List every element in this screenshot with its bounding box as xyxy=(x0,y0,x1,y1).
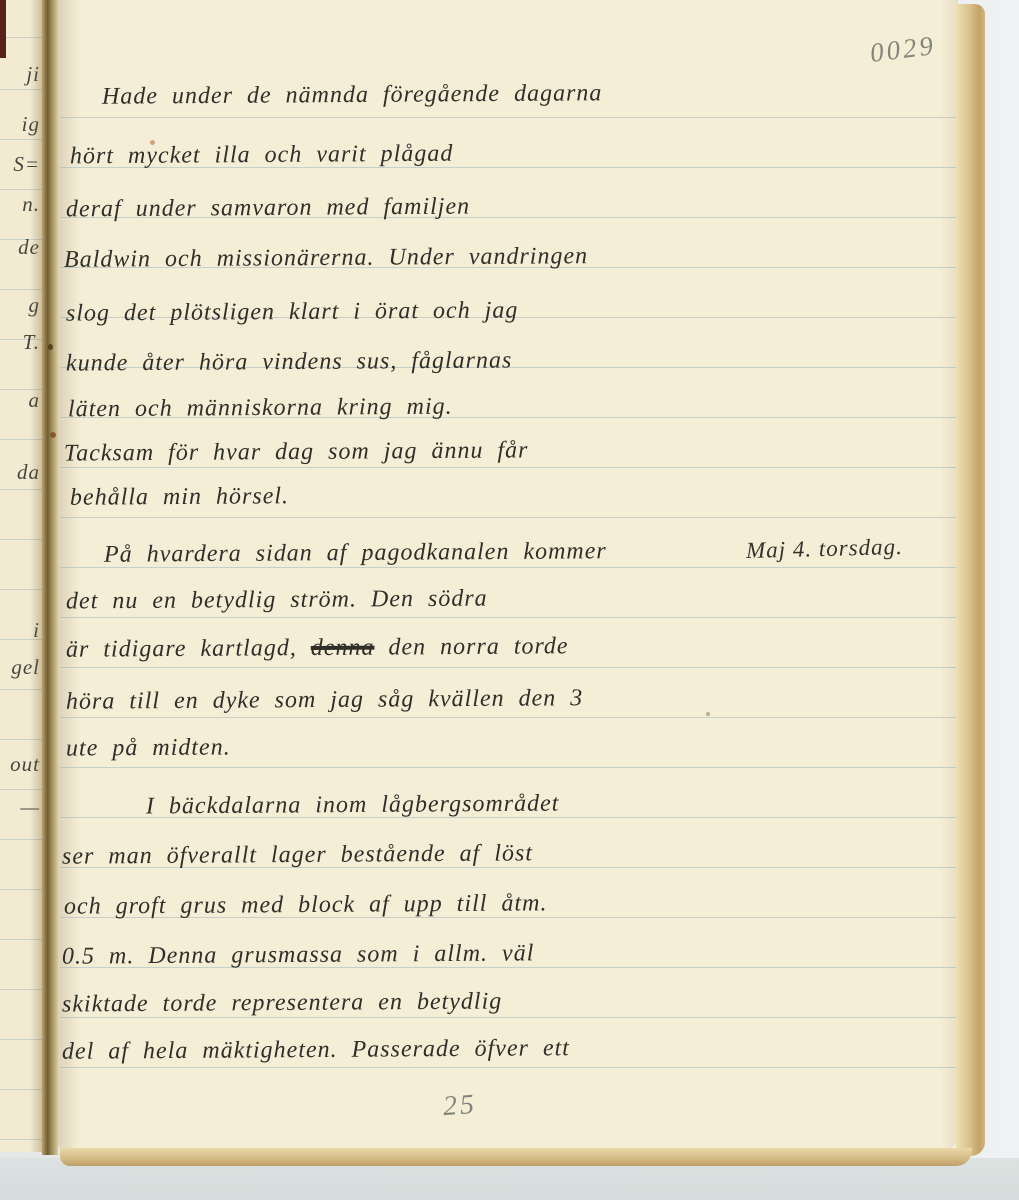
handwriting-line: och groft grus med block af upp till åtm… xyxy=(64,887,548,922)
handwriting-line: är tidigare kartlagd, denna den norra to… xyxy=(66,630,569,666)
struck-out-word: denna xyxy=(311,635,375,661)
notebook-cover-sliver xyxy=(0,0,6,58)
margin-date-note: Maj 4. torsdag. xyxy=(746,534,903,564)
handwriting-line: det nu en betydlig ström. Den södra xyxy=(66,583,488,618)
handwriting-line: Baldwin och missionärerna. Under vandrin… xyxy=(64,240,588,276)
page-number: 25 xyxy=(442,1089,478,1123)
handwriting-line: del af hela mäktigheten. Passerade öfver… xyxy=(62,1032,570,1068)
handwriting-line: slog det plötsligen klart i örat och jag xyxy=(66,294,519,329)
paper-stain xyxy=(48,344,53,350)
handwriting-line: Hade under de nämnda föregående dagarna xyxy=(102,77,603,112)
handwriting-line: läten och människorna kring mig. xyxy=(68,391,453,426)
notebook-gutter xyxy=(42,0,58,1155)
handwriting-line: skiktade torde representera en betydlig xyxy=(62,985,502,1020)
handwriting-segment: den norra torde xyxy=(388,633,568,660)
previous-page-strip: ji ig S= n. de g T. a da i gel out — xyxy=(0,0,42,1152)
handwriting-line: behålla min hörsel. xyxy=(70,480,289,514)
handwriting-line: På hvardera sidan af pagodkanalen kommer xyxy=(104,535,607,571)
handwriting-line: ute på midten. xyxy=(66,731,231,764)
page-edge-stack-right xyxy=(956,4,985,1156)
handwriting-line: 0.5 m. Denna grusmassa som i allm. väl xyxy=(62,937,535,972)
handwriting-line: Tacksam för hvar dag som jag ännu får xyxy=(64,434,529,469)
handwriting-line: deraf under samvaron med familjen xyxy=(66,191,470,226)
handwriting-line: I bäckdalarna inom lågbergsområdet xyxy=(146,788,560,823)
paper-stain xyxy=(150,140,155,145)
handwriting-line: ser man öfverallt lager bestående af lös… xyxy=(62,837,533,872)
page-edge-stack-bottom xyxy=(60,1148,972,1166)
paper-stain xyxy=(706,712,710,716)
handwriting-line: kunde åter höra vindens sus, fåglarnas xyxy=(66,344,513,379)
handwriting-line: höra till en dyke som jag såg kvällen de… xyxy=(66,682,583,718)
handwriting-segment: är tidigare kartlagd, xyxy=(66,635,297,663)
handwriting-line: hört mycket illa och varit plågad xyxy=(70,138,453,173)
diary-page: Hade under de nämnda föregående dagarna … xyxy=(58,0,958,1150)
scan-number: 0029 xyxy=(868,30,937,69)
paper-stain xyxy=(50,432,56,438)
page-curve-shadow xyxy=(30,0,42,1152)
